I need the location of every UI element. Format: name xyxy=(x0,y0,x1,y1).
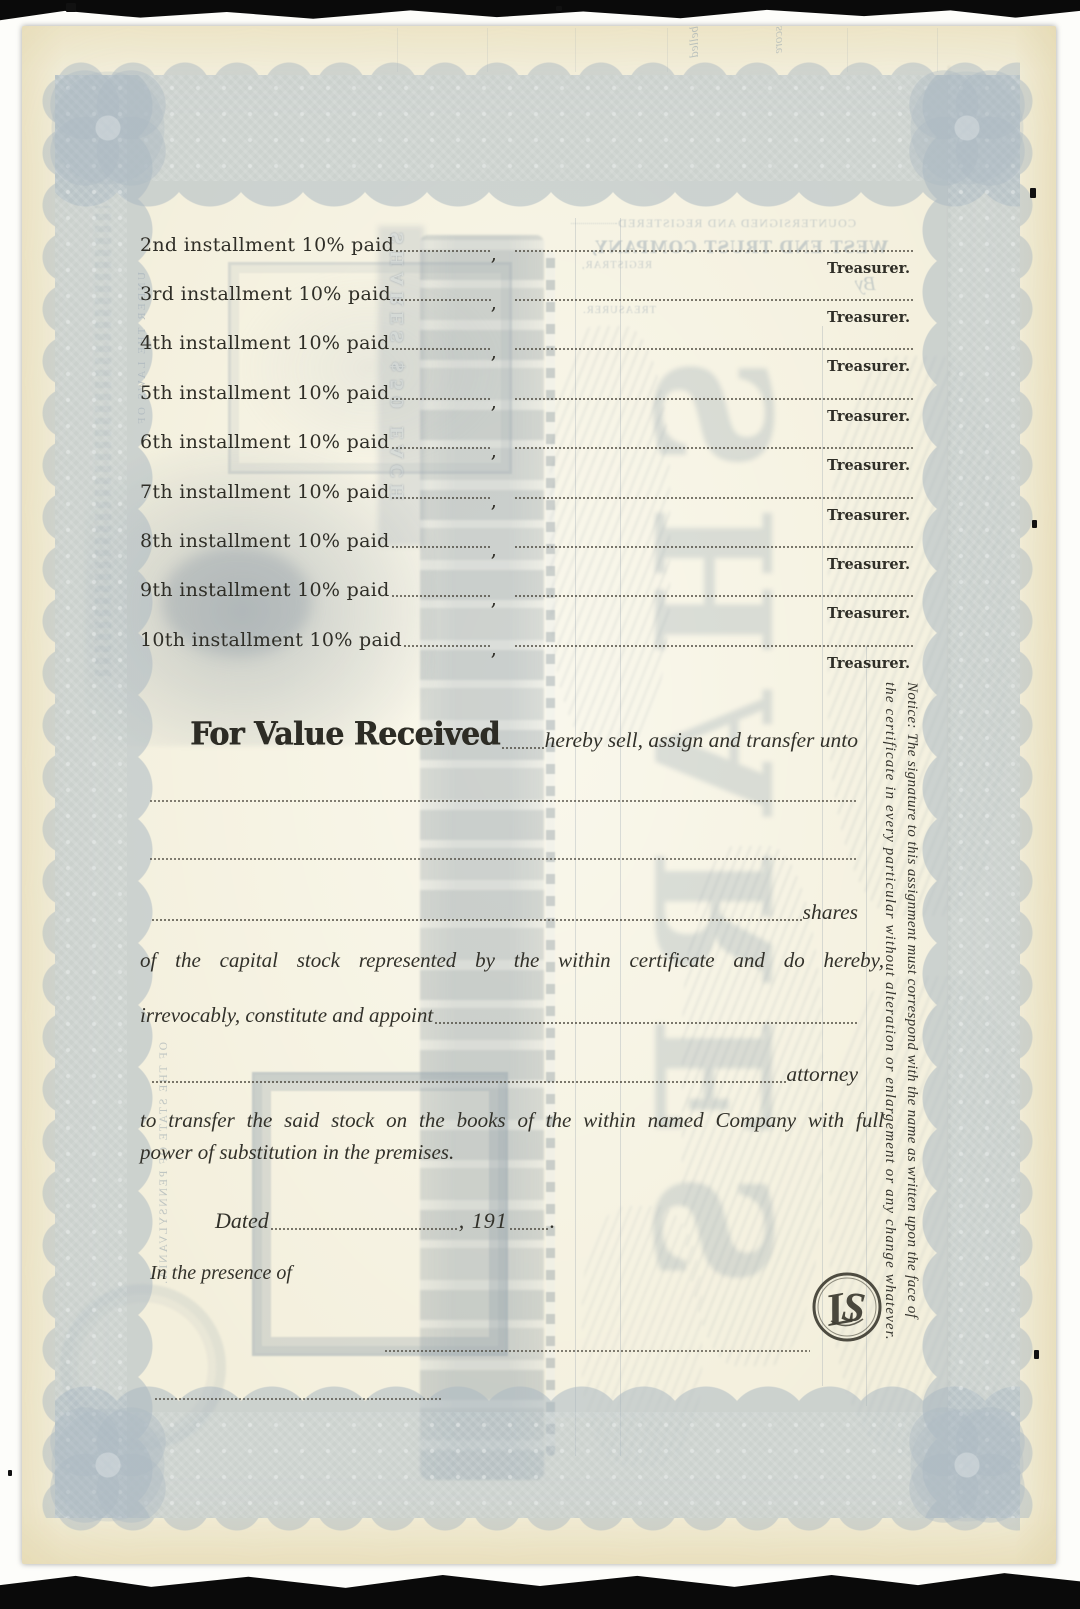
treasurer-label: Treasurer. xyxy=(827,605,910,622)
treasurer-label: Treasurer. xyxy=(827,260,910,277)
fill-in-line xyxy=(393,299,491,301)
installment-row: 5th installment 10% paid , Treasurer. xyxy=(140,378,914,404)
form-content: 2nd installment 10% paid , Treasurer. 3r… xyxy=(22,26,1056,1564)
appoint-row: irrevocably, constitute and appoint xyxy=(140,1003,858,1028)
fill-in-line xyxy=(392,546,491,548)
installment-row: 3rd installment 10% paid , Treasurer. xyxy=(140,279,914,305)
comma: , xyxy=(491,297,497,307)
date-fill-line xyxy=(271,1228,459,1230)
installment-label: 4th installment 10% paid xyxy=(140,332,390,354)
comma: , xyxy=(491,593,497,603)
capital-stock-line: of the capital stock represented by the … xyxy=(140,948,884,973)
shares-label: shares xyxy=(803,900,858,925)
attorney-row: attorney xyxy=(150,1062,858,1087)
treasurer-label: Treasurer. xyxy=(827,655,910,672)
certificate-paper: belled score COUNTERSIGNED AND REGISTERE… xyxy=(22,26,1056,1564)
installment-label: 2nd installment 10% paid xyxy=(140,234,394,256)
fill-in-line xyxy=(396,250,491,252)
fill-in-line xyxy=(150,858,858,860)
attorney-label: attorney xyxy=(786,1062,858,1087)
comma: , xyxy=(491,396,497,406)
comma: , xyxy=(491,445,497,455)
fill-in-line xyxy=(392,595,491,597)
year-fill-line xyxy=(510,1228,550,1230)
comma: , xyxy=(491,248,497,258)
appoint-line: irrevocably, constitute and appoint xyxy=(140,1003,433,1028)
fill-in-line xyxy=(435,1022,858,1024)
installment-row: 7th installment 10% paid , Treasurer. xyxy=(140,477,914,503)
comma: , xyxy=(491,544,497,554)
signature-line xyxy=(515,645,914,647)
scan-edge-top xyxy=(0,0,1080,26)
presence-label: In the presence of xyxy=(150,1262,292,1285)
signature-line xyxy=(515,497,914,499)
for-value-received-row: For Value Received hereby sell, assign a… xyxy=(190,718,858,753)
dated-label: Dated xyxy=(215,1208,269,1234)
fill-in-line xyxy=(152,919,803,921)
comma: , xyxy=(491,643,497,653)
notice-line-2: the certificate in every particular with… xyxy=(879,682,901,1454)
fill-in-line xyxy=(392,398,491,400)
treasurer-label: Treasurer. xyxy=(827,358,910,375)
scan-speck xyxy=(556,6,562,11)
signature-line xyxy=(515,398,914,400)
comma: , xyxy=(491,346,497,356)
installment-row: 6th installment 10% paid , Treasurer. xyxy=(140,427,914,453)
transfer-clause: hereby sell, assign and transfer unto xyxy=(545,728,858,753)
fill-in-line xyxy=(392,497,491,499)
transfer-line-1: to transfer the said stock on the books … xyxy=(140,1108,884,1133)
installment-row: 10th installment 10% paid , Treasurer. xyxy=(140,625,914,651)
shares-row: shares xyxy=(150,900,858,925)
fill-in-line xyxy=(392,348,491,350)
monogram-seal: L S xyxy=(809,1269,885,1345)
fill-in-line xyxy=(152,1081,786,1083)
installment-label: 3rd installment 10% paid xyxy=(140,283,391,305)
installment-row: 9th installment 10% paid , Treasurer. xyxy=(140,575,914,601)
fill-in-line xyxy=(392,447,491,449)
period: . xyxy=(550,1208,556,1234)
treasurer-label: Treasurer. xyxy=(827,309,910,326)
installment-row: 4th installment 10% paid , Treasurer. xyxy=(140,328,914,354)
witness-signature-line xyxy=(155,1398,442,1400)
fill-in-line xyxy=(502,747,545,749)
fill-in-line xyxy=(404,645,491,647)
scan-speck xyxy=(8,1470,12,1476)
scanned-certificate-back: belled score COUNTERSIGNED AND REGISTERE… xyxy=(0,0,1080,1609)
scan-speck xyxy=(1030,188,1036,198)
signature-line xyxy=(515,595,914,597)
treasurer-label: Treasurer. xyxy=(827,408,910,425)
dated-row: Dated , 191 . xyxy=(215,1208,635,1234)
witness-signature-line xyxy=(385,1350,810,1352)
year-prefix: , 191 xyxy=(459,1208,508,1234)
installment-label: 5th installment 10% paid xyxy=(140,382,390,404)
installment-label: 8th installment 10% paid xyxy=(140,530,390,552)
signature-line xyxy=(515,250,914,252)
scan-edge-bottom xyxy=(0,1563,1080,1609)
installment-label: 9th installment 10% paid xyxy=(140,579,390,601)
signature-line xyxy=(515,348,914,350)
scan-speck xyxy=(66,3,76,12)
monogram-svg: L S xyxy=(809,1269,885,1345)
transfer-line-2: power of substitution in the premises. xyxy=(140,1140,454,1165)
scan-speck xyxy=(1032,520,1037,528)
comma: , xyxy=(491,495,497,505)
scan-speck xyxy=(1034,1350,1039,1359)
installment-row: 2nd installment 10% paid , Treasurer. xyxy=(140,230,914,256)
installment-label: 7th installment 10% paid xyxy=(140,481,390,503)
treasurer-label: Treasurer. xyxy=(827,457,910,474)
notice-line-1: Notice: The signature to this assignment… xyxy=(901,682,923,1454)
fill-in-line xyxy=(150,800,858,802)
installment-label: 6th installment 10% paid xyxy=(140,431,390,453)
treasurer-label: Treasurer. xyxy=(827,507,910,524)
for-value-received-heading: For Value Received xyxy=(190,716,500,753)
treasurer-label: Treasurer. xyxy=(827,556,910,573)
installment-label: 10th installment 10% paid xyxy=(140,629,402,651)
signature-notice: Notice: The signature to this assignment… xyxy=(879,682,923,1454)
installment-row: 8th installment 10% paid , Treasurer. xyxy=(140,526,914,552)
signature-line xyxy=(515,546,914,548)
signature-line xyxy=(515,447,914,449)
signature-line xyxy=(515,299,914,301)
